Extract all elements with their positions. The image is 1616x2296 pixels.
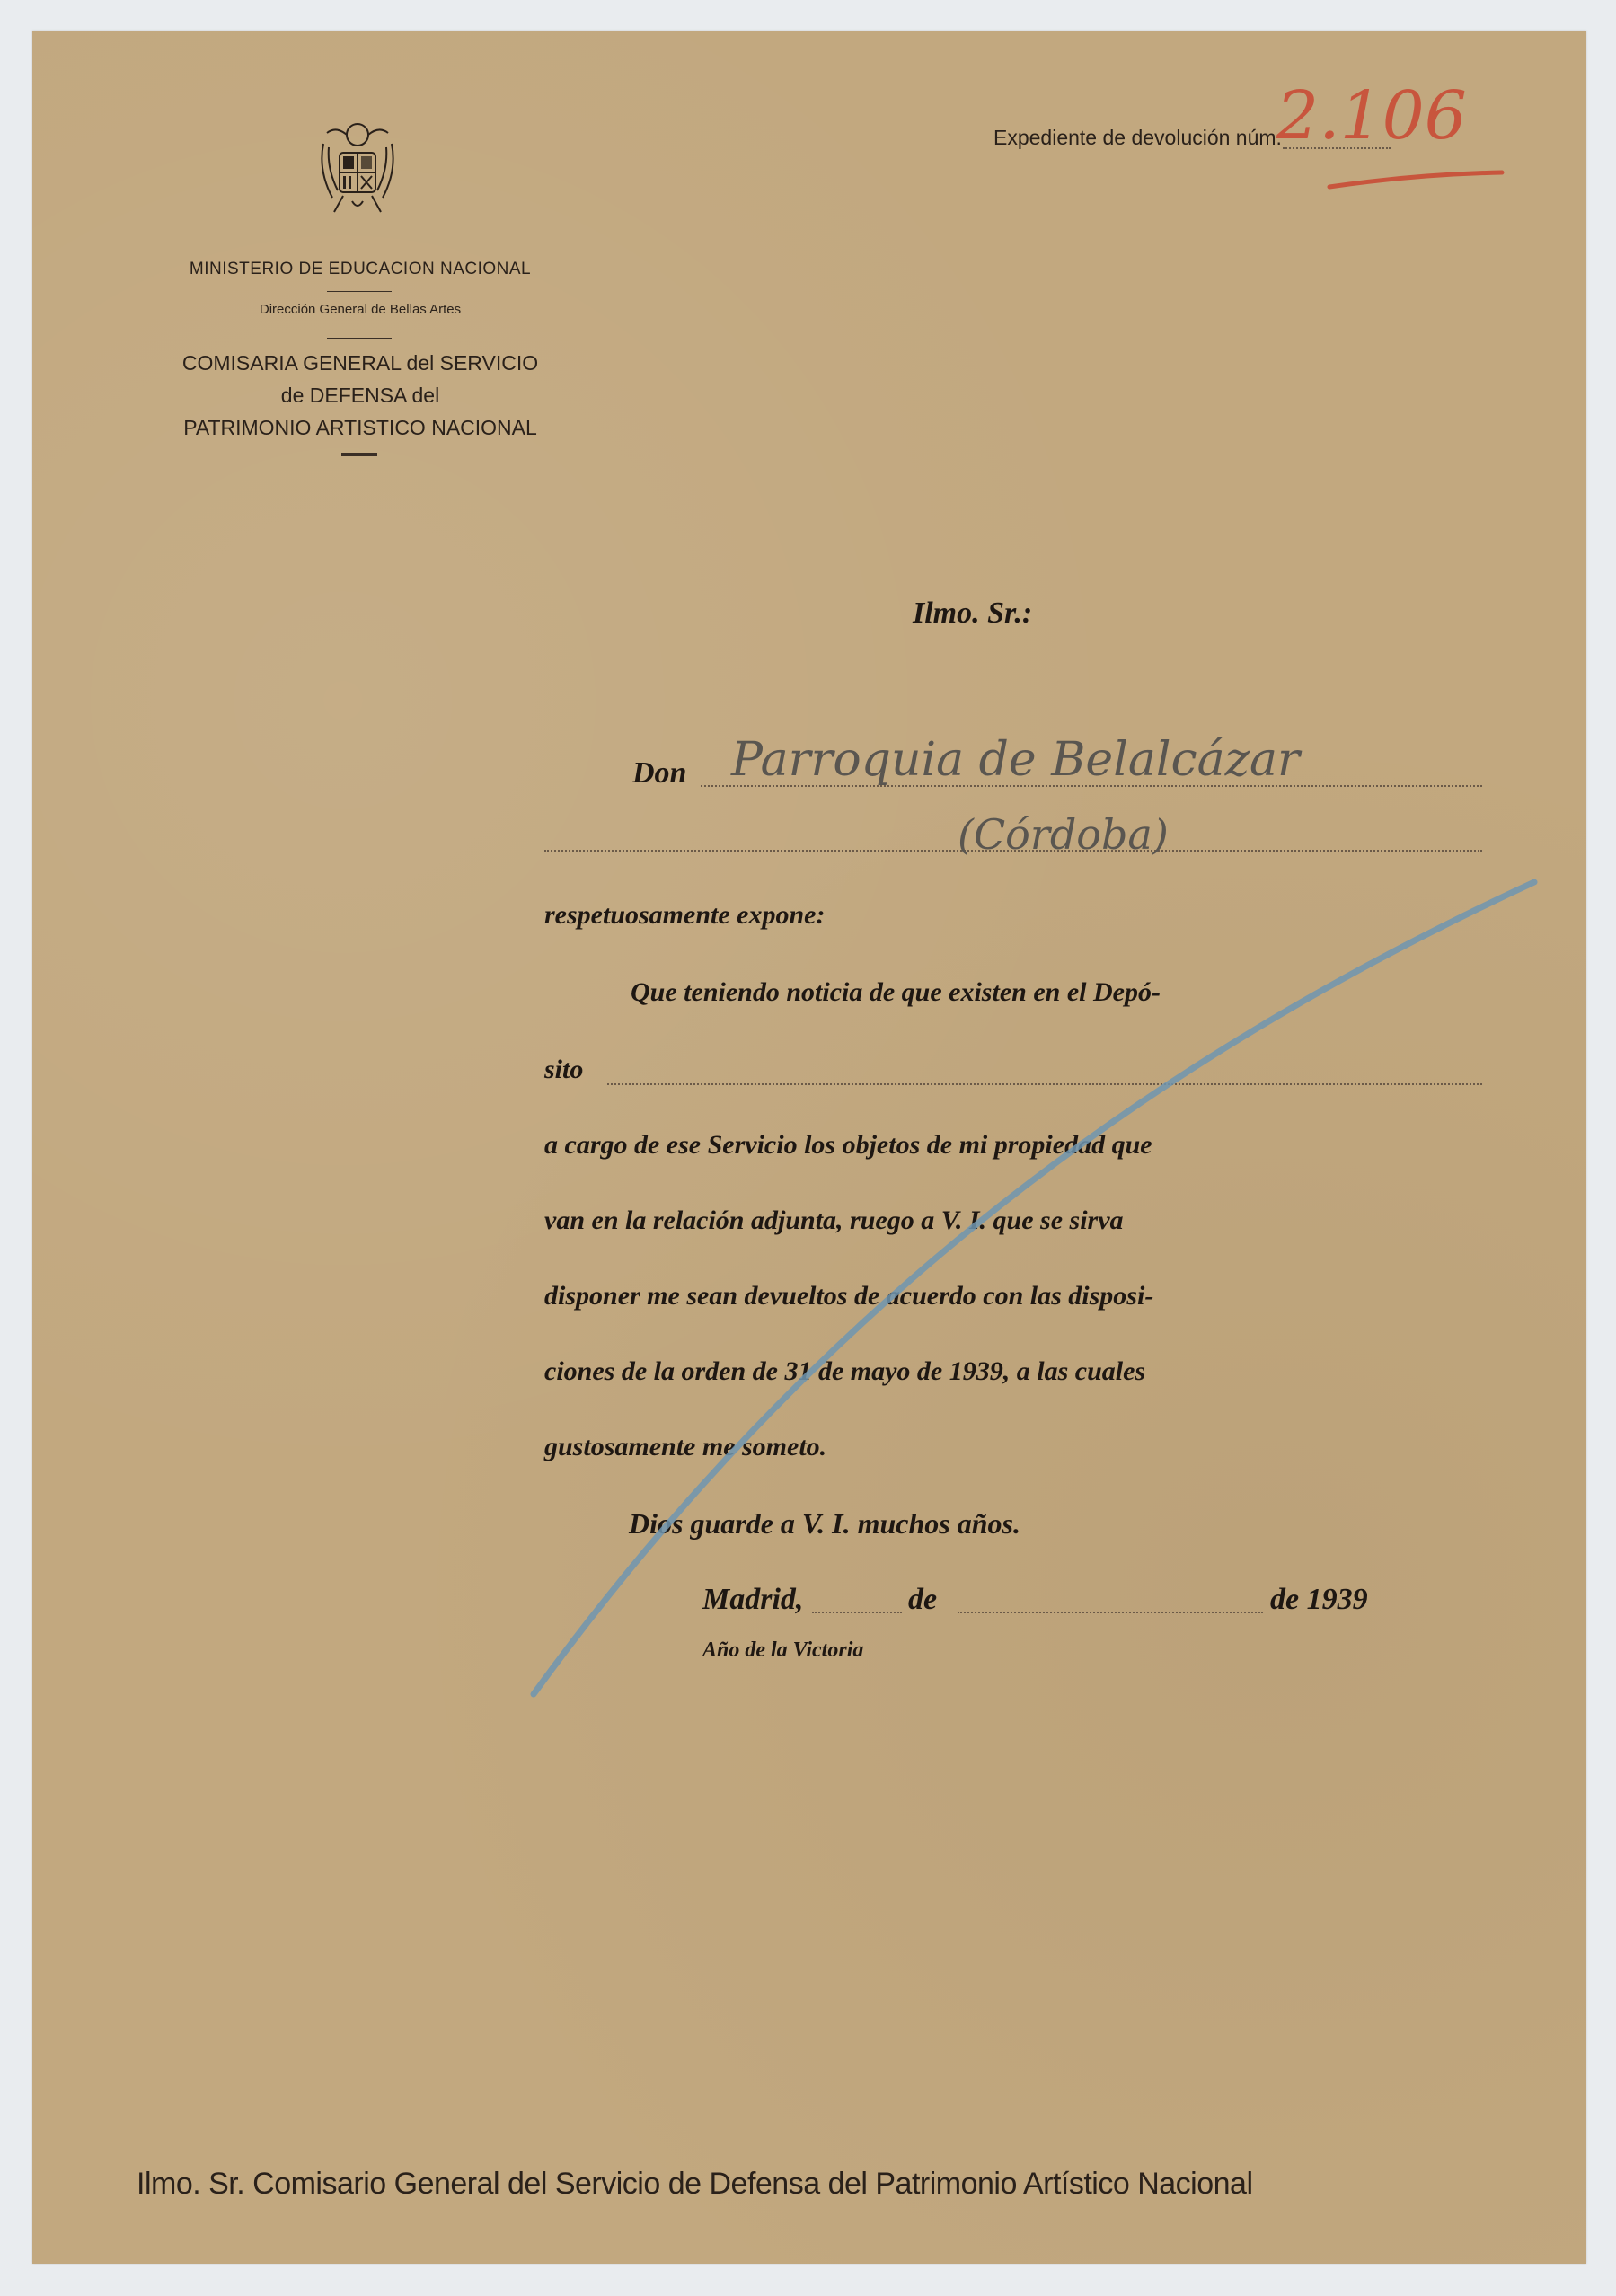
blue-pencil-strike [32, 31, 1586, 2264]
document-sheet: MINISTERIO DE EDUCACION NACIONAL Direcci… [32, 31, 1586, 2264]
footer-addressee: Ilmo. Sr. Comisario General del Servicio… [137, 2167, 1253, 2202]
